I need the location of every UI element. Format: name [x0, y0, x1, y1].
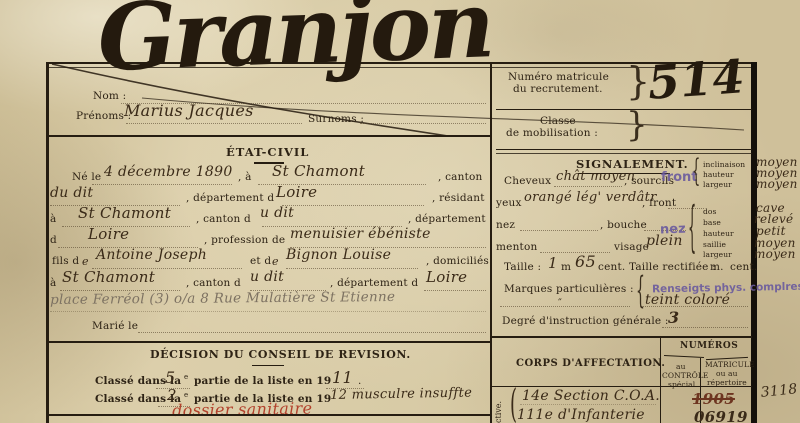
prenoms-field-line [126, 123, 302, 124]
numeros-header: NUMÉROS [680, 341, 738, 351]
nose-item-hauteur: hauteur [703, 229, 734, 238]
matricule-value: 514 [646, 49, 746, 110]
visage-value: plein [646, 233, 683, 249]
classe2-note-value: 12 musculre insuffte [330, 386, 472, 403]
birth-date-value: 4 décembre 1890 [104, 164, 233, 180]
dept-value: Loire [276, 183, 317, 201]
red-dossier-note: dossier sanitaire [172, 399, 312, 420]
etat-civil-title: ÉTAT-CIVIL [226, 145, 309, 159]
departement-label: , département d [186, 192, 274, 204]
field-line [424, 290, 486, 291]
marie-le-label: Marié le [92, 320, 138, 332]
nez-label: nez [496, 219, 515, 231]
field-line [282, 205, 424, 206]
taille-meters-value: 1 [548, 254, 558, 272]
military-register-sheet: Granjon Nom : Prénoms : Marius Jacques S… [0, 0, 800, 423]
controle-col-line3: spécial. [668, 380, 698, 389]
fils-label: fils d [52, 255, 79, 267]
taille-label: Taille : [504, 261, 541, 273]
taille-m2-label: m. [710, 261, 724, 273]
dept2-value: Loire [88, 225, 129, 243]
canton3-label: , canton d [186, 277, 241, 289]
brow-item-largeur: largeur [703, 180, 732, 189]
classe-label-line1: Classe [540, 115, 576, 127]
et-de-e: e [272, 255, 279, 268]
armee-active-side-label: ctive. [494, 401, 503, 423]
nose-brace: { [688, 203, 696, 258]
domicile-value: St Chamont [62, 268, 155, 286]
partie1-label: partie de la liste en 19 [194, 375, 331, 387]
a3-label: à [50, 277, 56, 289]
brow-item-inclinaison: inclinaison [703, 160, 745, 169]
d-label: d [50, 234, 57, 246]
field-line [500, 306, 630, 307]
father-value: Antoine Joseph [96, 247, 207, 263]
matricule-row-value-struck: 1905 [692, 390, 735, 408]
corps-header: CORPS D'AFFECTATION. [516, 358, 665, 369]
matricule-row-value: 06919 [694, 408, 748, 423]
degre-label: Degré d'instruction générale : [502, 315, 669, 327]
taille-rest-label: cent. Taille rectifiée : [598, 261, 716, 273]
corps-rows-brace: ( [510, 386, 517, 423]
fils-e: e [82, 255, 89, 268]
birth-place-value: St Chamont [272, 162, 365, 180]
surnoms-label: Surnoms : [308, 113, 364, 125]
classe-rule-b [496, 153, 752, 154]
surnoms-field-line [360, 123, 486, 124]
marie-field-line [138, 332, 486, 333]
prenoms-value: Marius Jacques [124, 101, 254, 120]
classe1-sup: e [184, 373, 188, 381]
bouche-label: , bouche [600, 219, 647, 231]
border-left [46, 62, 49, 423]
name-block-rule [46, 135, 490, 137]
field-line [640, 306, 748, 307]
brow-item-hauteur: hauteur [703, 170, 734, 179]
matricule-label-line2: du recrutement. [513, 83, 603, 95]
field-line [286, 268, 418, 269]
field-line [92, 184, 232, 185]
margin-note: moyen [754, 247, 796, 261]
canton2-value: u dit [260, 205, 294, 221]
decision-bottom-rule [46, 414, 490, 416]
classe-brace: } [626, 108, 648, 142]
corps-row-name: 14e Section C.O.A. [522, 388, 660, 404]
margin-note: moyen [756, 177, 798, 191]
canton2-label: , canton d [196, 213, 251, 225]
nose-item-saillie: saillie [703, 240, 726, 249]
table-header-rule [490, 386, 752, 387]
etat-civil-bottom-rule [46, 341, 490, 343]
mother-value: Bignon Louise [286, 247, 391, 263]
nose-item-largeur: largeur [703, 250, 732, 259]
field-line [554, 186, 622, 187]
field-line [668, 208, 704, 209]
field-line [662, 327, 748, 328]
controle-col-line1: au [676, 362, 686, 371]
controle-col-line2: CONTRÔLE [662, 371, 709, 380]
marques-label: Marques particulières : [504, 283, 634, 295]
classe1-dot: . [358, 375, 362, 387]
table-col-line-1 [660, 336, 661, 423]
yeux-label: yeux [496, 197, 522, 209]
matricule-rule [496, 109, 752, 110]
degre-value: 3 [668, 308, 679, 327]
canton-value: du dit [50, 185, 93, 201]
residence-value: St Chamont [78, 204, 171, 222]
decision-title: DÉCISION DU CONSEIL DE REVISION. [150, 348, 411, 361]
margin-number: 3118 [760, 381, 798, 401]
a-label: , à [238, 171, 252, 183]
taille-cm-value: 65 [575, 252, 596, 271]
matricule-label-line1: Numéro matricule [508, 71, 609, 83]
numeros-rule-a [664, 355, 704, 358]
field-line [520, 404, 656, 405]
canton3-value: u dit [250, 269, 284, 285]
marques-brace: { [636, 274, 645, 310]
classe1-part-value: 5 [165, 368, 175, 387]
canton-label: , canton [438, 171, 482, 183]
residant-label: , résidant [432, 192, 485, 204]
ne-le-label: Né le [72, 171, 101, 183]
profession-value: menuisier ébéniste [290, 226, 431, 242]
field-line [50, 311, 486, 312]
classe-label-line2: de mobilisation : [506, 127, 598, 139]
surname-script: Granjon [96, 0, 494, 92]
nose-item-base: base [703, 218, 721, 227]
classe2-sup: e [184, 391, 188, 399]
ditto-mark: ″ [558, 297, 562, 309]
classe-rule-a [496, 149, 752, 150]
field-line [520, 230, 598, 231]
nom-label: Nom : [93, 90, 126, 102]
departement3-label: , département d [330, 277, 418, 289]
dept3-value: Loire [426, 268, 467, 286]
panel-divider [490, 62, 492, 423]
taille-cent-label: cent. [730, 261, 757, 273]
a2-label: à [50, 213, 56, 225]
matricule-col-line1: MATRICULE [705, 360, 755, 369]
classe1-year-value: 11 [332, 368, 353, 387]
matricule-col-line2: ou au [716, 369, 738, 378]
decision-title-rule [252, 365, 284, 366]
departement2-label: , département [408, 213, 486, 225]
brow-brace: { [692, 157, 700, 188]
profession-label: , profession de [204, 234, 285, 246]
corps-row-name: 111e d'Infanterie [517, 407, 645, 423]
taille-m-label: m [561, 261, 571, 273]
et-de-label: et d [250, 255, 271, 267]
signalement-bottom-rule [490, 336, 752, 338]
address-pencil-note: place Ferréol (3) o/a 8 Rue Mulatière St… [50, 289, 395, 308]
yeux-value: orangé lég' verdâtr [524, 190, 657, 205]
domicilies-label: , domiciliés [426, 255, 489, 267]
visage-label: visage [614, 241, 649, 253]
menton-label: menton [496, 241, 537, 253]
cheveux-label: Cheveux [504, 175, 551, 187]
nose-item-dos: dos [703, 207, 716, 216]
